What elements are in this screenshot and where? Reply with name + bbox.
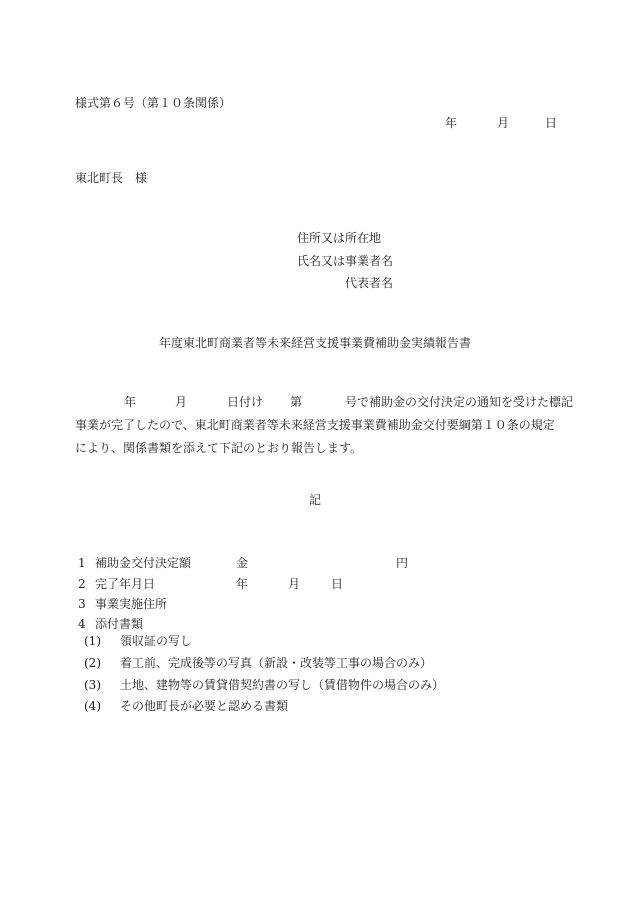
attachment-1-number: (1) [84, 632, 101, 650]
record-mark: 記 [0, 491, 630, 509]
applicant-name-label: 氏名又は事業者名 [297, 252, 393, 270]
body-line3: により、関係書類を添えて下記のとおり報告します。 [75, 439, 362, 457]
item-1-amount-suffix: 円 [396, 554, 408, 572]
attachment-4-number: (4) [84, 697, 101, 715]
body-line1-no-prefix: 第 [290, 393, 302, 411]
item-2-month-label: 月 [288, 575, 300, 593]
addressee: 東北町長 様 [75, 169, 147, 187]
item-2-day-label: 日 [331, 575, 343, 593]
document-title: 年度東北町商業者等未来経営支援事業費補助金実績報告書 [0, 334, 630, 352]
body-line1-year-label: 年 [124, 393, 136, 411]
attachment-3-number: (3) [84, 676, 101, 694]
body-line2: 事業が完了したので、東北町商業者等未来経営支援事業費補助金交付要綱第１０条の規定 [75, 416, 555, 434]
attachment-2-number: (2) [84, 654, 101, 672]
item-4-label: 添付書類 [95, 615, 143, 633]
body-line1-text: 号で補助金の交付決定の通知を受けた標記 [345, 393, 573, 411]
attachment-1-label: 領収証の写し [120, 632, 192, 650]
form-number: 様式第６号（第１０条関係） [75, 94, 231, 112]
header-date-day-label: 日 [545, 114, 557, 132]
item-1-label: 補助金交付決定額 [95, 554, 191, 572]
header-date-year-label: 年 [445, 114, 457, 132]
attachment-3-label: 土地、建物等の賃貸借契約書の写し（賃借物件の場合のみ） [120, 676, 444, 694]
item-2-label: 完了年月日 [95, 575, 155, 593]
item-1-amount-prefix: 金 [236, 554, 248, 572]
item-3-label: 事業実施住所 [95, 595, 167, 613]
applicant-representative-label: 代表者名 [345, 274, 393, 292]
document-page: 様式第６号（第１０条関係） 年 月 日 東北町長 様 住所又は所在地 氏名又は事… [0, 0, 630, 903]
header-date-month-label: 月 [497, 114, 509, 132]
item-2-number: 2 [78, 575, 86, 593]
item-4-number: 4 [78, 615, 86, 633]
applicant-address-label: 住所又は所在地 [297, 229, 381, 247]
item-3-number: 3 [78, 595, 86, 613]
item-2-year-label: 年 [236, 575, 248, 593]
item-1-number: 1 [78, 554, 86, 572]
body-line1-month-label: 月 [175, 393, 187, 411]
body-line1-day-label: 日付け [227, 393, 263, 411]
attachment-4-label: その他町長が必要と認める書類 [120, 697, 288, 715]
attachment-2-label: 着工前、完成後等の写真（新設・改装等工事の場合のみ） [120, 654, 432, 672]
